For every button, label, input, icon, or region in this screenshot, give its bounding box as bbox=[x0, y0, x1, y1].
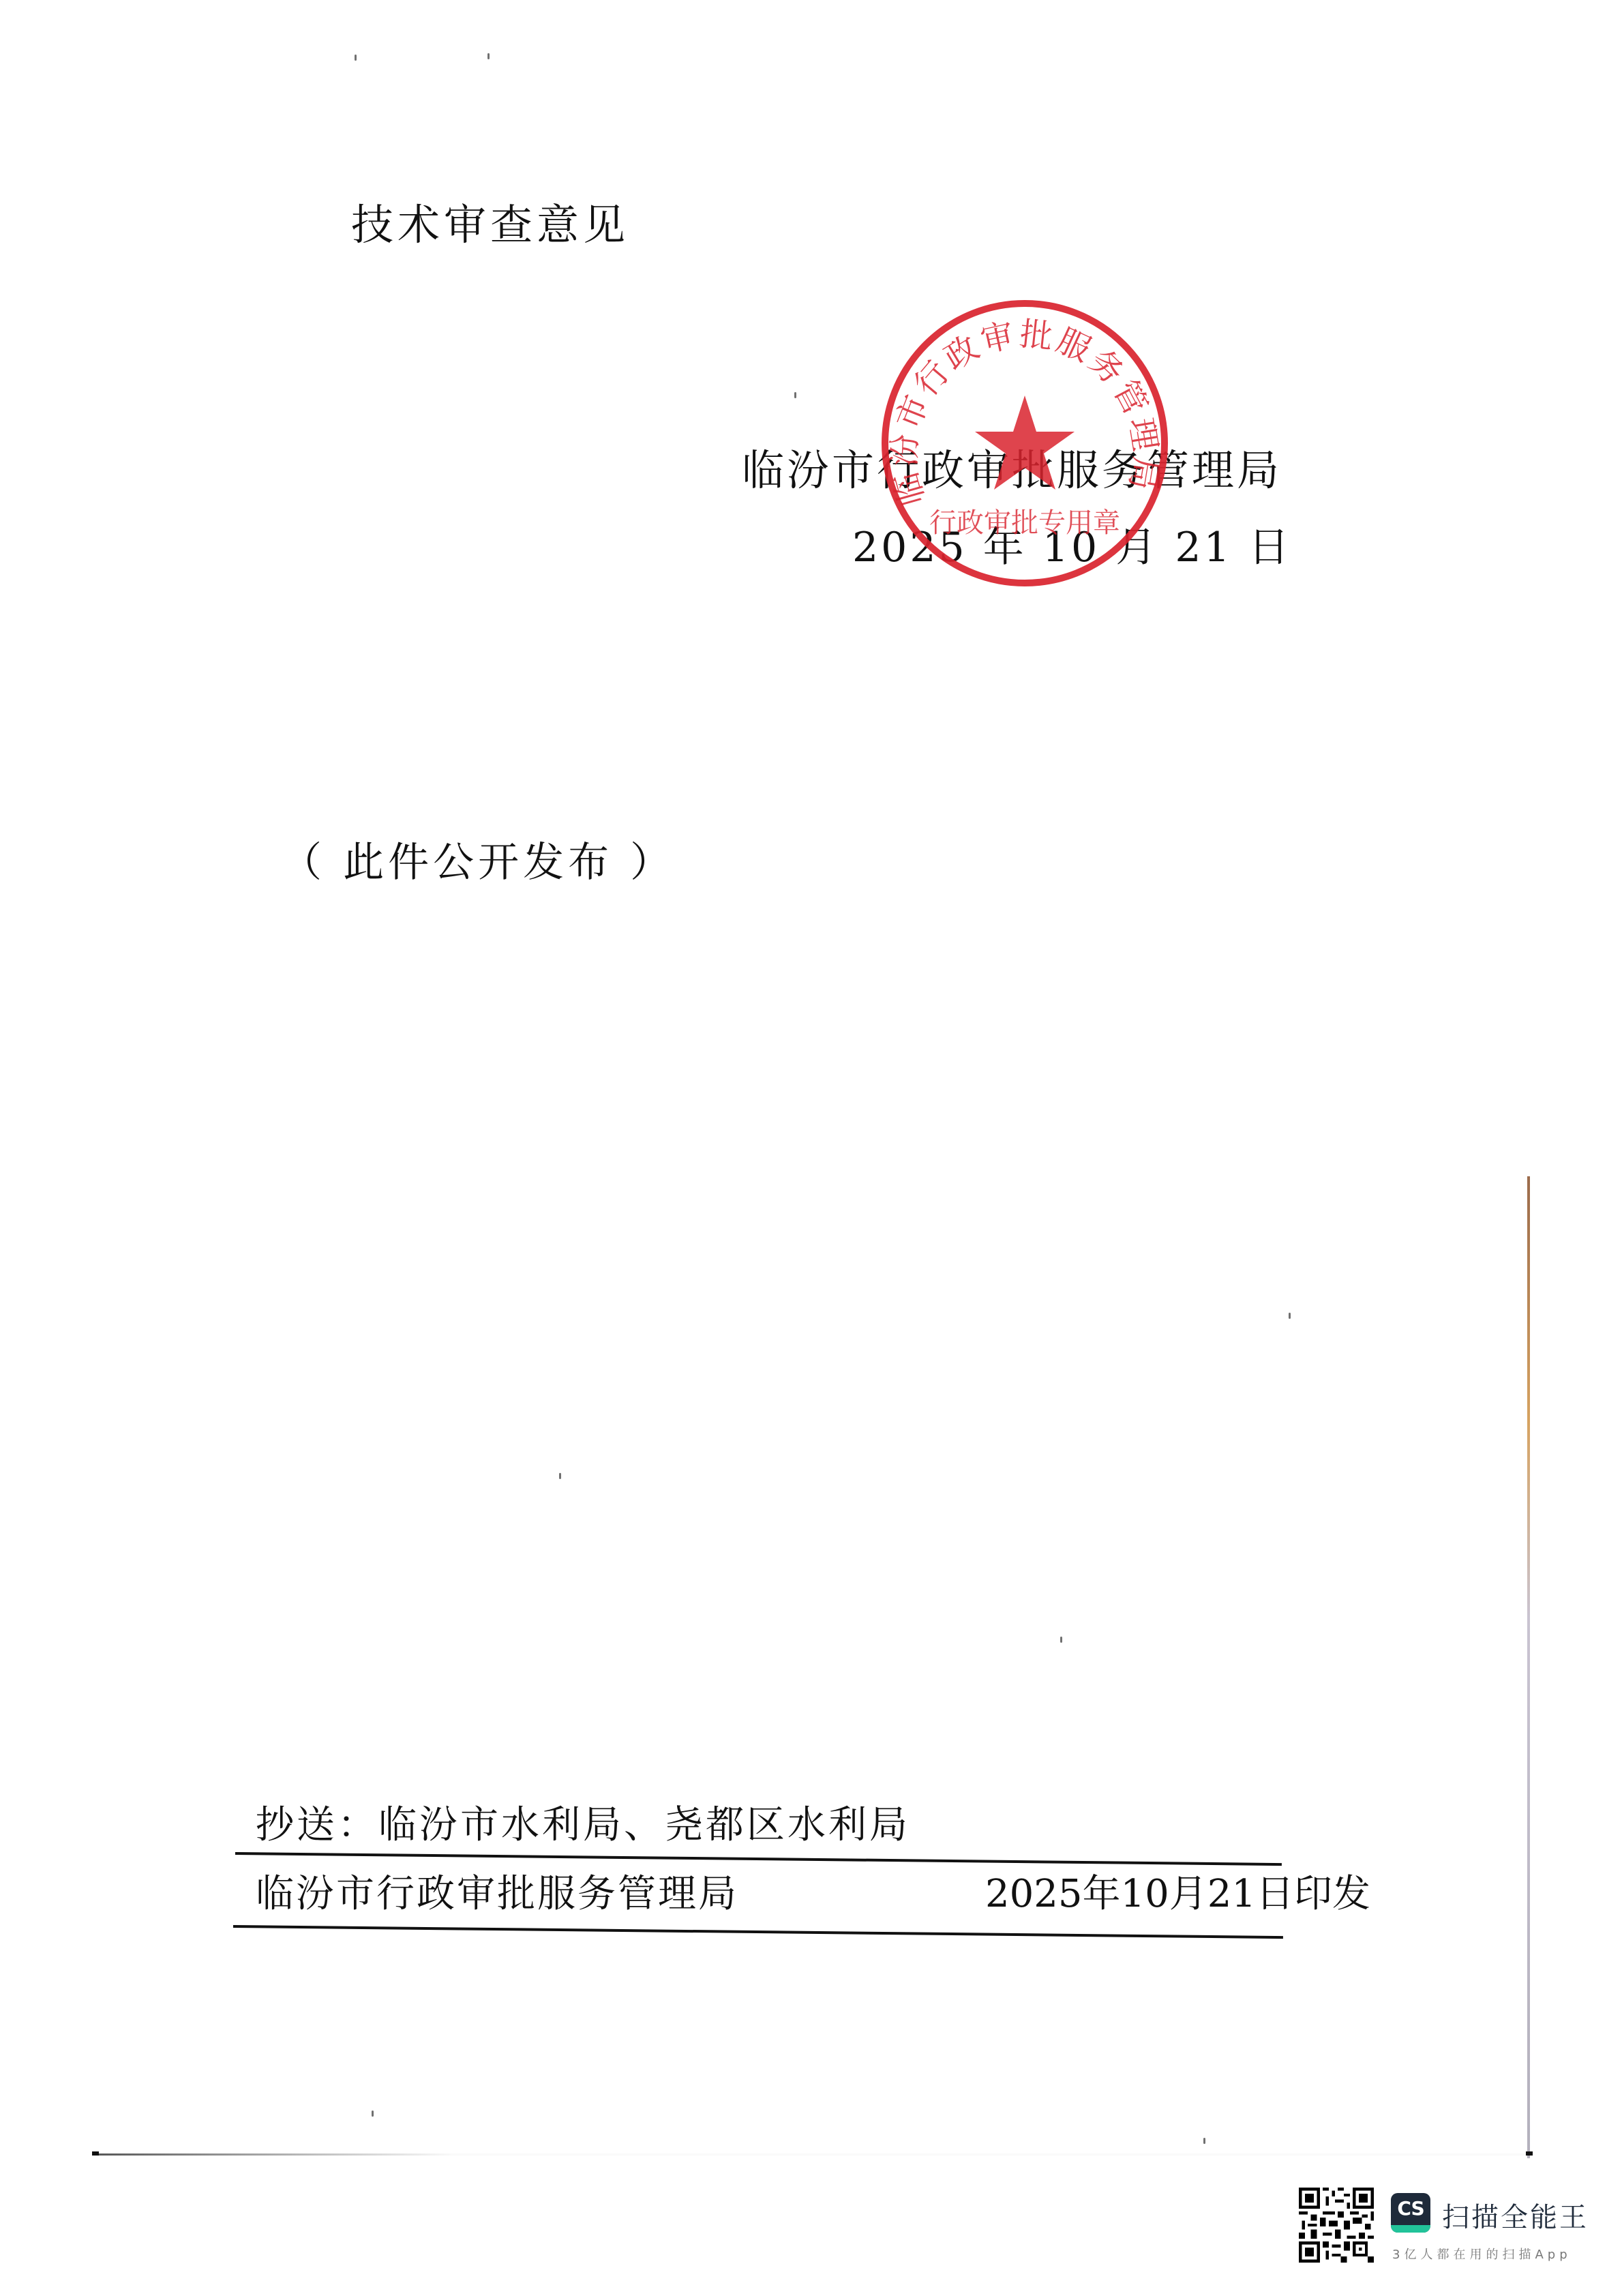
corner-mark bbox=[92, 2151, 99, 2156]
star-icon bbox=[975, 396, 1075, 490]
cc-label: 抄送： bbox=[256, 1803, 378, 1847]
footer-rule-bottom bbox=[233, 1925, 1283, 1939]
logo-text: CS bbox=[1391, 2197, 1430, 2220]
scan-speck bbox=[1289, 1313, 1291, 1319]
app-tagline: 3亿人都在用的扫描App bbox=[1392, 2245, 1572, 2263]
issue-date: 2025年10月21日印发 bbox=[985, 1864, 1370, 1918]
seal-inner-text: 行政审批专用章 bbox=[929, 507, 1120, 539]
qr-code-icon[interactable] bbox=[1299, 2188, 1374, 2263]
scanner-badge: CS 扫描全能王 3亿人都在用的扫描App bbox=[1299, 2188, 1612, 2276]
issuer-name: 临汾市行政审批服务管理局 bbox=[256, 1864, 738, 1918]
scanned-page-edge-right bbox=[1527, 1176, 1530, 2158]
document-title: 技术审查意见 bbox=[351, 191, 629, 252]
cc-line: 抄送：临汾市水利局、尧都区水利局 bbox=[256, 1795, 910, 1849]
scanned-page-edge-bottom bbox=[92, 2153, 1531, 2156]
app-name: 扫描全能王 bbox=[1442, 2196, 1589, 2235]
scan-speck bbox=[1060, 1637, 1062, 1643]
official-seal: 临汾市行政审批服务管理局 行政审批专用章 bbox=[878, 297, 1171, 590]
scan-speck bbox=[1203, 2138, 1205, 2144]
camscanner-logo: CS bbox=[1391, 2193, 1430, 2233]
cc-recipients: 临汾市水利局、尧都区水利局 bbox=[378, 1803, 910, 1847]
scan-speck bbox=[487, 53, 490, 59]
scan-speck bbox=[355, 55, 357, 61]
logo-accent-bar bbox=[1391, 2225, 1430, 2233]
scan-speck bbox=[372, 2111, 374, 2117]
scan-speck bbox=[559, 1473, 561, 1479]
scan-speck bbox=[794, 392, 796, 398]
publication-note: （ 此件公开发布 ） bbox=[281, 830, 675, 889]
corner-mark bbox=[1526, 2151, 1533, 2156]
